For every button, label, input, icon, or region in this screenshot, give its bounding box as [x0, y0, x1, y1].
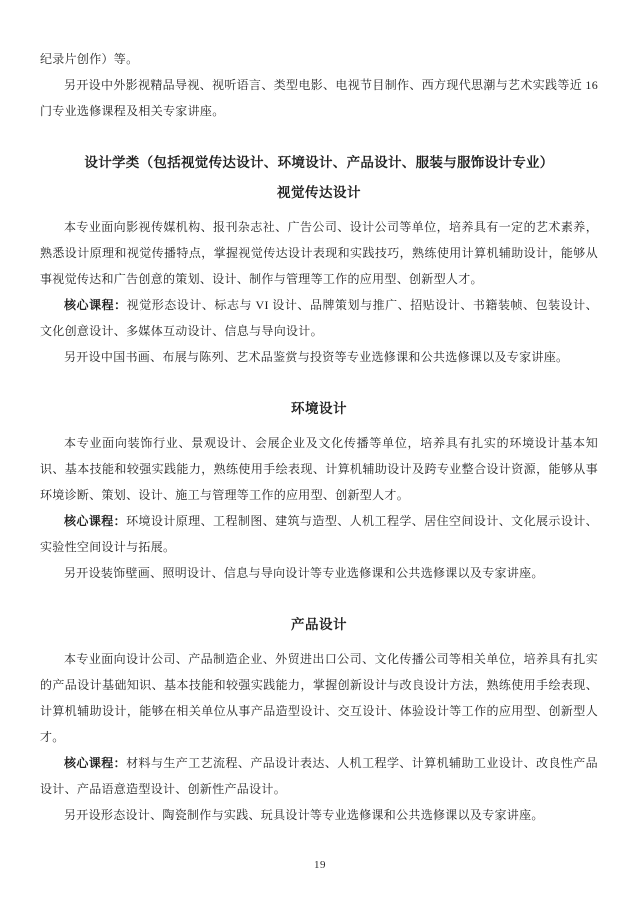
- core-courses-paragraph: 核心课程：环境设计原理、工程制图、建筑与造型、人机工程学、居住空间设计、文化展示…: [40, 508, 598, 560]
- core-courses-label: 核心课程：: [64, 298, 127, 312]
- major-intro-paragraph: 本专业面向影视传媒机构、报刊杂志社、广告公司、设计公司等单位，培养具有一定的艺术…: [40, 214, 598, 292]
- electives-paragraph: 另开设中国书画、布展与陈列、艺术品鉴赏与投资等专业选修课和公共选修课以及专家讲座…: [40, 344, 598, 370]
- major-title-visual-communication-design: 视觉传达设计: [40, 180, 598, 206]
- core-courses-label: 核心课程：: [64, 514, 126, 528]
- core-courses-paragraph: 核心课程：视觉形态设计、标志与 VI 设计、品牌策划与推广、招贴设计、书籍装帧、…: [40, 292, 598, 344]
- electives-paragraph: 另开设形态设计、陶瓷制作与实践、玩具设计等专业选修课和公共选修课以及专家讲座。: [40, 802, 598, 828]
- paragraph-film-electives: 另开设中外影视精品导视、视听语言、类型电影、电视节目制作、西方现代思潮与艺术实践…: [40, 72, 598, 124]
- major-intro-paragraph: 本专业面向装饰行业、景观设计、会展企业及文化传播等单位，培养具有扎实的环境设计基…: [40, 430, 598, 508]
- electives-paragraph: 另开设装饰壁画、照明设计、信息与导向设计等专业选修课和公共选修课以及专家讲座。: [40, 560, 598, 586]
- core-courses-paragraph: 核心课程：材料与生产工艺流程、产品设计表达、人机工程学、计算机辅助工业设计、改良…: [40, 750, 598, 802]
- document-page: 纪录片创作）等。 另开设中外影视精品导视、视听语言、类型电影、电视节目制作、西方…: [0, 0, 640, 905]
- page-number: 19: [0, 859, 640, 871]
- major-title-product-design: 产品设计: [40, 612, 598, 638]
- major-title-environment-design: 环境设计: [40, 396, 598, 422]
- core-courses-label: 核心课程：: [64, 756, 126, 770]
- paragraph-continuation: 纪录片创作）等。: [40, 46, 598, 72]
- page-content: 纪录片创作）等。 另开设中外影视精品导视、视听语言、类型电影、电视节目制作、西方…: [0, 0, 640, 828]
- major-intro-paragraph: 本专业面向设计公司、产品制造企业、外贸进出口公司、文化传播公司等相关单位，培养具…: [40, 646, 598, 750]
- section-title-design-category: 设计学类（包括视觉传达设计、环境设计、产品设计、服装与服饰设计专业）: [40, 150, 598, 176]
